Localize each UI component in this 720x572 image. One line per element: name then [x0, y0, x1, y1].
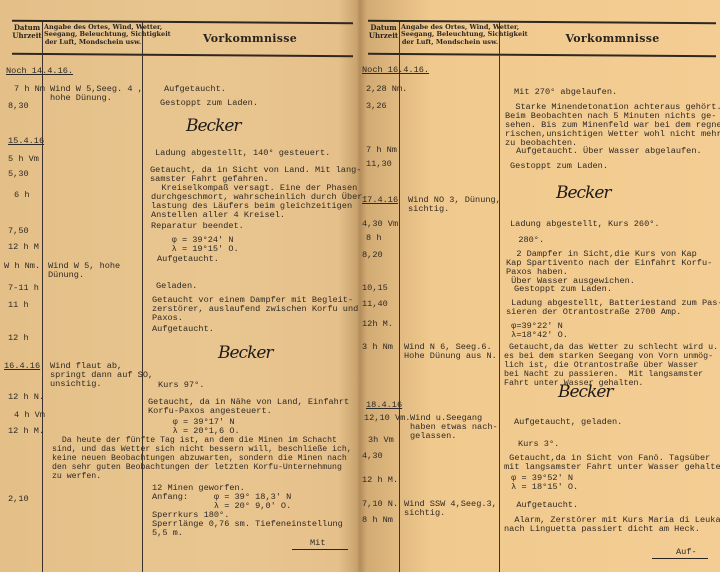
time-entry: 12,10 Vm.	[364, 414, 410, 423]
time-entry: 12 h	[8, 334, 29, 343]
date-entry: 15.4.16	[8, 137, 44, 146]
header-bottom-rule	[12, 53, 353, 57]
time-entry: 6 h	[14, 191, 29, 200]
time-entry: 10,15	[362, 284, 388, 293]
time-entry: 12 h M.	[362, 476, 398, 485]
header-location-weather: Angabe des Ortes, Wind, Wetter, Seegang,…	[44, 24, 142, 46]
column-divider	[499, 22, 500, 572]
header-location-weather: Angabe des Ortes, Wind, Wetter, Seegang,…	[401, 24, 499, 46]
event-entry: Getaucht,da in Sicht von Fanö. Tagsüber …	[504, 454, 720, 472]
event-entry: Da heute der fünfte Tag ist, an dem die …	[52, 436, 352, 481]
date-entry: 16.4.16	[4, 362, 40, 371]
event-entry: Kreiselkompaß versagt. Eine der Phasen d…	[151, 184, 368, 220]
place-entry: Wind SSW 4,Seeg.3, sichtig.	[404, 500, 497, 518]
left-page: Datum Uhrzeit Angabe des Ortes, Wind, We…	[0, 0, 357, 572]
time-entry: 4,30	[362, 452, 383, 461]
time-entry: 4,30 Vm	[362, 220, 398, 229]
event-entry: Ladung abgestellt, 140° gesteuert.	[155, 149, 330, 158]
time-entry: 11,30	[366, 160, 392, 169]
event-entry: Ladung abgestellt, Kurs 260°.	[510, 220, 660, 229]
right-page: Datum Uhrzeit Angabe des Ortes, Wind, We…	[360, 0, 720, 572]
time-entry: 11,40	[362, 300, 388, 309]
time-entry: 7,10 N.	[362, 500, 398, 509]
end-rule	[292, 549, 348, 550]
event-entry: Aufgetaucht.	[506, 501, 578, 510]
date-entry: Noch 14.4.16.	[6, 67, 73, 76]
event-entry: Gestoppt zum Laden.	[160, 99, 258, 108]
time-entry: 7 h Nm	[14, 85, 45, 94]
time-entry: 2,28 Nm.	[366, 85, 407, 94]
event-entry: Aufgetaucht.	[164, 85, 226, 94]
coordinates: φ = 39°52' N λ = 18°15' O.	[506, 474, 578, 492]
event-entry: Kurs 3°.	[518, 440, 559, 449]
event-entry: 12 Minen geworfen. Anfang: φ = 39° 18,3'…	[152, 484, 343, 538]
header-events: Vorkommnisse	[150, 33, 350, 46]
time-entry: 5,30	[8, 170, 29, 179]
time-entry: 11 h	[8, 301, 29, 310]
time-entry: 12 h N.	[8, 393, 44, 402]
header-bottom-rule	[368, 53, 716, 57]
time-entry: 12 h M.	[8, 427, 44, 436]
column-divider	[142, 22, 143, 572]
event-entry: Alarm, Zerstörer mit Kurs Maria di Leuka…	[504, 516, 720, 534]
header-events: Vorkommnisse	[505, 33, 720, 46]
continuation-word: Auf-	[676, 548, 697, 557]
event-entry: Aufgetaucht, geladen.	[514, 418, 622, 427]
event-entry: Getaucht vor einem Dampfer mit Begleit- …	[152, 296, 358, 323]
date-entry: 18.4.16	[366, 401, 402, 410]
time-entry: 2,10	[8, 495, 29, 504]
place-entry: Wind flaut ab, springt dann auf SO, unsi…	[50, 362, 153, 389]
signature: Becker	[218, 343, 273, 363]
event-entry: Aufgetaucht.	[157, 255, 219, 264]
event-entry: Aufgetaucht.	[152, 325, 214, 334]
event-entry: Kurs 97°.	[158, 381, 204, 390]
time-entry: 8 h Nm	[362, 516, 393, 525]
end-rule	[652, 558, 708, 559]
header-date-time: Datum Uhrzeit	[12, 24, 42, 40]
header-date-time: Datum Uhrzeit	[368, 24, 399, 40]
time-entry: W h Nm.	[4, 262, 40, 271]
event-entry: Getaucht, da in Sicht von Land. Mit lang…	[150, 166, 361, 184]
event-entry: 280°.	[508, 236, 544, 245]
coordinates: φ=39°22' N λ=18°42' O.	[506, 322, 568, 340]
event-entry: Ladung abgestellt, Batteriestand zum Pas…	[506, 299, 720, 317]
event-entry: Geladen.	[156, 282, 197, 291]
time-entry: 7-11 h	[8, 284, 39, 293]
event-entry: Aufgetaucht. Über Wasser abgelaufen.	[516, 147, 702, 156]
signature: Becker	[186, 116, 241, 136]
date-entry: 17.4.16	[362, 196, 398, 205]
time-entry: 3,26	[366, 102, 387, 111]
time-entry: 8 h	[366, 234, 381, 243]
date-entry: Noch 16.4.16.	[362, 66, 429, 75]
coordinates: φ = 39°24' N λ = 19°15' O.	[151, 236, 239, 254]
time-entry: 12h M.	[362, 320, 393, 329]
time-entry: 7 h Nm	[366, 146, 397, 155]
continuation-word: Mit	[310, 539, 325, 548]
place-entry: Wind W 5,Seeg. 4 , hohe Dünung.	[50, 85, 143, 103]
time-entry: 8,30	[8, 102, 29, 111]
event-entry: Starke Minendetonation achteraus gehört.…	[505, 103, 720, 148]
time-entry: 7,50	[8, 227, 29, 236]
time-entry: 5 h Vm	[8, 155, 39, 164]
column-divider	[399, 22, 400, 572]
time-entry: 8,20	[362, 251, 383, 260]
event-entry: 2 Dampfer in Sicht,die Kurs von Kap Kap …	[506, 250, 712, 286]
diary-spread: Datum Uhrzeit Angabe des Ortes, Wind, We…	[0, 0, 720, 572]
signature: Becker	[556, 183, 611, 203]
time-entry: 3 h Nm	[362, 343, 393, 352]
signature: Becker	[558, 382, 613, 402]
time-entry: 12 h M	[8, 243, 39, 252]
coordinates: φ = 39°17' N λ = 20°1,6 O.	[152, 418, 240, 436]
time-entry: 3h Vm	[368, 436, 394, 445]
place-entry: Wind NO 3, Dünung, sichtig.	[408, 196, 501, 214]
event-entry: Reparatur beendet.	[151, 222, 244, 231]
event-entry: Getaucht, da in Nähe von Land, Einfahrt …	[148, 398, 349, 416]
event-entry: Gestoppt zum Laden.	[514, 285, 612, 294]
column-divider	[42, 22, 43, 572]
place-entry: Wind N 6, Seeg.6. Hohe Dünung aus N.	[404, 343, 497, 361]
event-entry: Mit 270° abgelaufen.	[514, 88, 617, 97]
place-entry: Wind W 5, hohe Dünung.	[48, 262, 120, 280]
time-entry: 4 h Vm	[14, 411, 45, 420]
place-entry: Wind u.Seegang haben etwas nach- gelasse…	[410, 414, 498, 441]
event-entry: Gestoppt zum Laden.	[510, 162, 608, 171]
